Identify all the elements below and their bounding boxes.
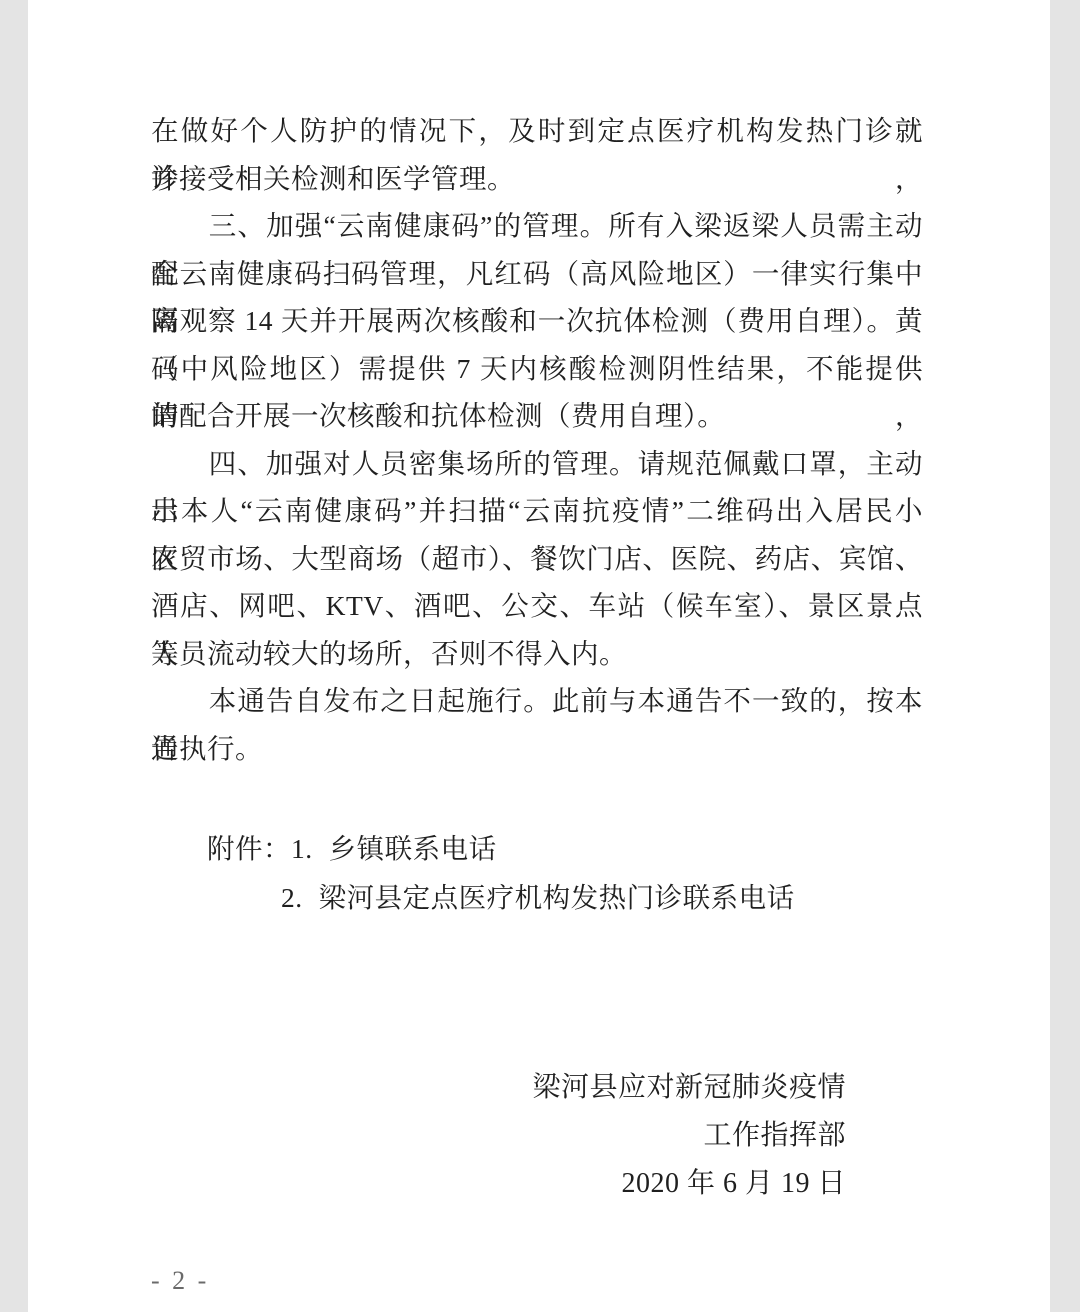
body-line: 三、加强“云南健康码”的管理。所有入梁返梁人员需主动配 bbox=[151, 202, 923, 250]
body-line: 告执行。 bbox=[151, 725, 923, 773]
body-line: 本通告自发布之日起施行。此前与本通告不一致的，按本通 bbox=[151, 677, 923, 725]
attachment-item-2: 2.梁河县定点医疗机构发热门诊联系电话 bbox=[281, 873, 923, 922]
page-number: - 2 - bbox=[151, 1266, 209, 1296]
right-page-gutter bbox=[1050, 0, 1080, 1312]
signature-org-line-2: 工作指挥部 bbox=[151, 1112, 846, 1160]
body-line: 酒店、网吧、KTV、酒吧、公交、车站（候车室）、景区景点等 bbox=[151, 582, 923, 630]
body-text: 在做好个人防护的情况下，及时到定点医疗机构发热门诊就诊， 并接受相关检测和医学管… bbox=[151, 107, 923, 772]
document-content: 在做好个人防护的情况下，及时到定点医疗机构发热门诊就诊， 并接受相关检测和医学管… bbox=[151, 107, 923, 1208]
body-line: 示本人“云南健康码”并扫描“云南抗疫情”二维码出入居民小区、 bbox=[151, 487, 923, 535]
attachment-item-number: 2. bbox=[281, 882, 303, 913]
body-line: 农贸市场、大型商场（超市）、餐饮门店、医院、药店、宾馆、 bbox=[151, 535, 923, 583]
attachment-label: 附件： bbox=[207, 833, 291, 864]
body-line: 在做好个人防护的情况下，及时到定点医疗机构发热门诊就诊， bbox=[151, 107, 923, 155]
document-page: 在做好个人防护的情况下，及时到定点医疗机构发热门诊就诊， 并接受相关检测和医学管… bbox=[0, 0, 1080, 1312]
signature-org-line-1: 梁河县应对新冠肺炎疫情 bbox=[151, 1064, 846, 1112]
attachment-item-number: 1. bbox=[291, 833, 313, 864]
signature-date: 2020 年 6 月 19 日 bbox=[151, 1160, 846, 1208]
body-line: 四、加强对人员密集场所的管理。请规范佩戴口罩，主动出 bbox=[151, 440, 923, 488]
body-line: 人员流动较大的场所，否则不得入内。 bbox=[151, 630, 923, 678]
left-page-gutter bbox=[0, 0, 28, 1312]
attachment-item-1: 附件：1.乡镇联系电话 bbox=[151, 824, 923, 873]
attachment-item-text: 乡镇联系电话 bbox=[329, 833, 497, 864]
body-line: 合云南健康码扫码管理，凡红码（高风险地区）一律实行集中隔 bbox=[151, 250, 923, 298]
attachment-list: 附件：1.乡镇联系电话 2.梁河县定点医疗机构发热门诊联系电话 bbox=[151, 824, 923, 922]
attachment-item-text: 梁河县定点医疗机构发热门诊联系电话 bbox=[319, 882, 795, 913]
signature-block: 梁河县应对新冠肺炎疫情 工作指挥部 2020 年 6 月 19 日 bbox=[151, 1064, 923, 1208]
body-line: 离观察 14 天并开展两次核酸和一次抗体检测（费用自理）。黄码 bbox=[151, 297, 923, 345]
body-line: （中风险地区）需提供 7 天内核酸检测阴性结果，不能提供的， bbox=[151, 345, 923, 393]
